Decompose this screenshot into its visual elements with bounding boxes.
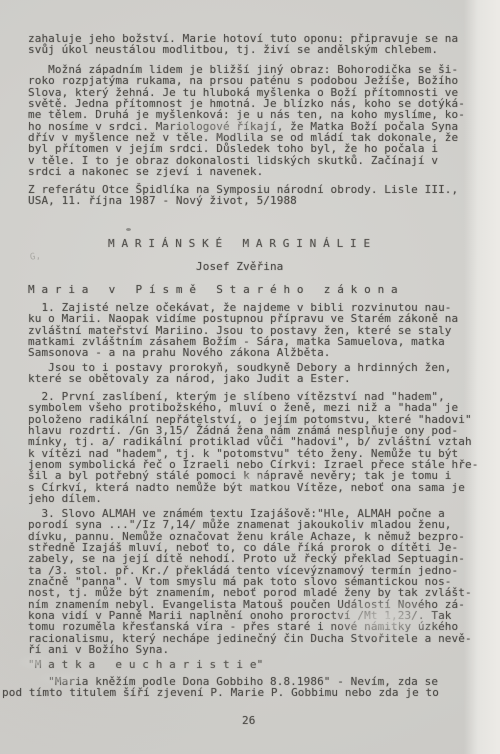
pencil-note-mark: G, <box>29 251 41 262</box>
section-heading-old-testament: M a r i a v P í s m ě S t a r é h o z á … <box>28 284 398 295</box>
pencil-dot-mark <box>126 228 131 231</box>
source-note: Z referátu Otce Špidlíka na Symposiu nár… <box>28 184 458 207</box>
paragraph-4-line2-clipped: pod tímto titulem šíří zjevení P. Marie … <box>2 687 439 698</box>
paragraph-western-image: Možná západním lidem je bližší jiný obra… <box>28 64 465 177</box>
paragraph-1: 1. Zajisté nelze očekávat, že najdeme v … <box>28 302 458 359</box>
page-number: 26 <box>242 715 255 726</box>
article-author: Josef Zvěřina <box>196 261 283 272</box>
section-heading-eucharist: "M a t k a e u c h a r i s t i e" <box>28 659 263 670</box>
paragraph-2: 2. První zaslíbení, kterým je slíbeno ví… <box>28 391 478 504</box>
paragraph-3: 3. Slovo ALMAH ve známém textu Izajášově… <box>28 508 472 655</box>
continuation-paragraph: zahaluje jeho božství. Marie hotoví tuto… <box>28 33 458 56</box>
article-title: M A R I Á N S K É M A R G I N Á L I E <box>108 238 370 249</box>
paragraph-1b: Jsou to i postavy prorokyň, soudkyně Deb… <box>28 362 452 385</box>
scanned-document-page: zahaluje jeho božství. Marie hotoví tuto… <box>0 0 500 754</box>
